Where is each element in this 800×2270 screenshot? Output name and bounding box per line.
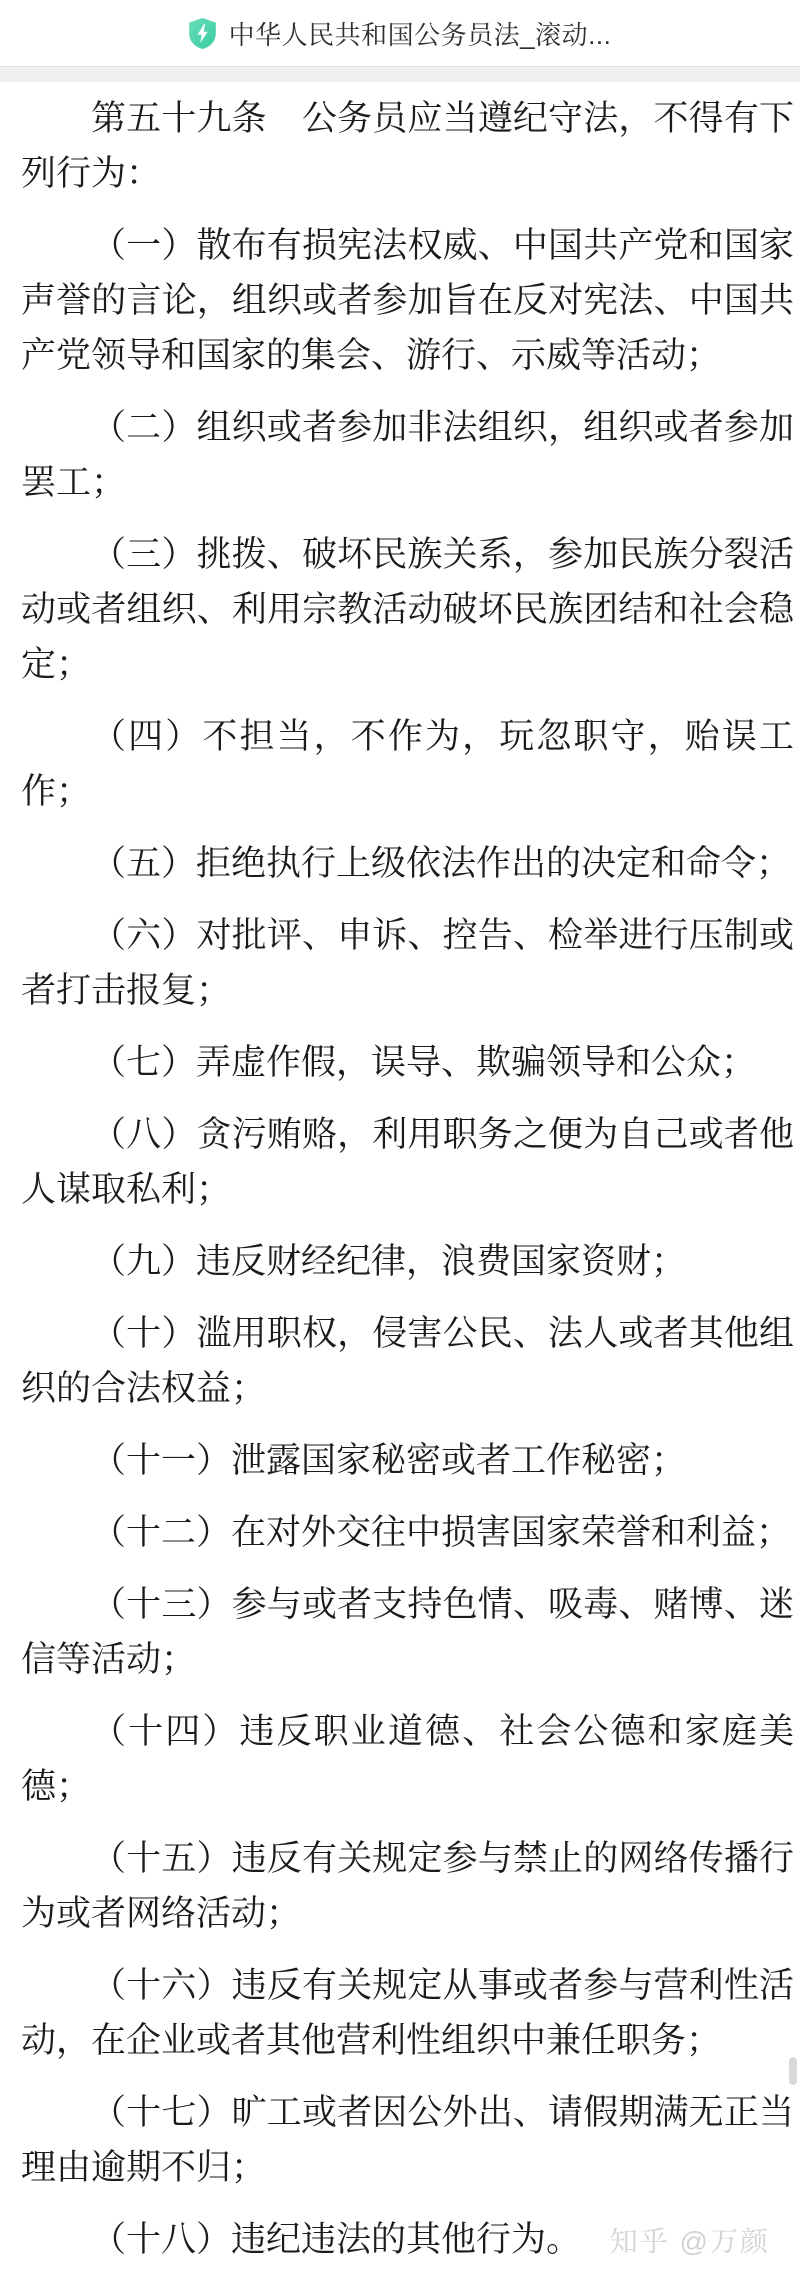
clause-item-5: （五）拒绝执行上级依法作出的决定和命令； <box>21 836 794 891</box>
clause-item-9: （九）违反财经纪律，浪费国家资财； <box>21 1234 794 1289</box>
clause-item-2: （二）组织或者参加非法组织，组织或者参加罢工； <box>21 400 794 510</box>
clause-item-17: （十七）旷工或者因公外出、请假期满无正当理由逾期不归； <box>21 2085 794 2195</box>
safety-shield-icon[interactable] <box>189 18 216 49</box>
clause-item-14: （十四）违反职业道德、社会公德和家庭美德； <box>21 1704 794 1814</box>
clause-item-12: （十二）在对外交往中损害国家荣誉和利益； <box>21 1505 794 1560</box>
document-body: 第五十九条 公务员应当遵纪守法，不得有下列行为： （一）散布有损宪法权威、中国共… <box>0 82 800 2267</box>
article-heading: 第五十九条 公务员应当遵纪守法，不得有下列行为： <box>21 91 794 201</box>
header-divider <box>0 66 800 82</box>
clause-item-3: （三）挑拨、破坏民族关系，参加民族分裂活动或者组织、利用宗教活动破坏民族团结和社… <box>21 527 794 692</box>
zhihu-watermark: 知乎 @万颜 <box>610 2220 770 2260</box>
clause-item-15: （十五）违反有关规定参与禁止的网络传播行为或者网络活动； <box>21 1831 794 1941</box>
clause-item-4: （四）不担当，不作为，玩忽职守，贻误工作； <box>21 709 794 819</box>
page-title: 中华人民共和国公务员法_滚动... <box>229 15 612 52</box>
clause-item-6: （六）对批评、申诉、控告、检举进行压制或者打击报复； <box>21 908 794 1018</box>
clause-item-1: （一）散布有损宪法权威、中国共产党和国家声誉的言论，组织或者参加旨在反对宪法、中… <box>21 218 794 383</box>
clause-item-7: （七）弄虚作假，误导、欺骗领导和公众； <box>21 1035 794 1090</box>
clause-item-16: （十六）违反有关规定从事或者参与营利性活动，在企业或者其他营利性组织中兼任职务； <box>21 1958 794 2068</box>
clause-item-10: （十）滥用职权，侵害公民、法人或者其他组织的合法权益； <box>21 1306 794 1416</box>
title-bar: 中华人民共和国公务员法_滚动... <box>0 0 800 66</box>
clause-item-11: （十一）泄露国家秘密或者工作秘密； <box>21 1433 794 1488</box>
clause-item-13: （十三）参与或者支持色情、吸毒、赌博、迷信等活动； <box>21 1577 794 1687</box>
clause-item-8: （八）贪污贿赂，利用职务之便为自己或者他人谋取私利； <box>21 1107 794 1217</box>
scrollbar-thumb[interactable] <box>789 2057 797 2085</box>
